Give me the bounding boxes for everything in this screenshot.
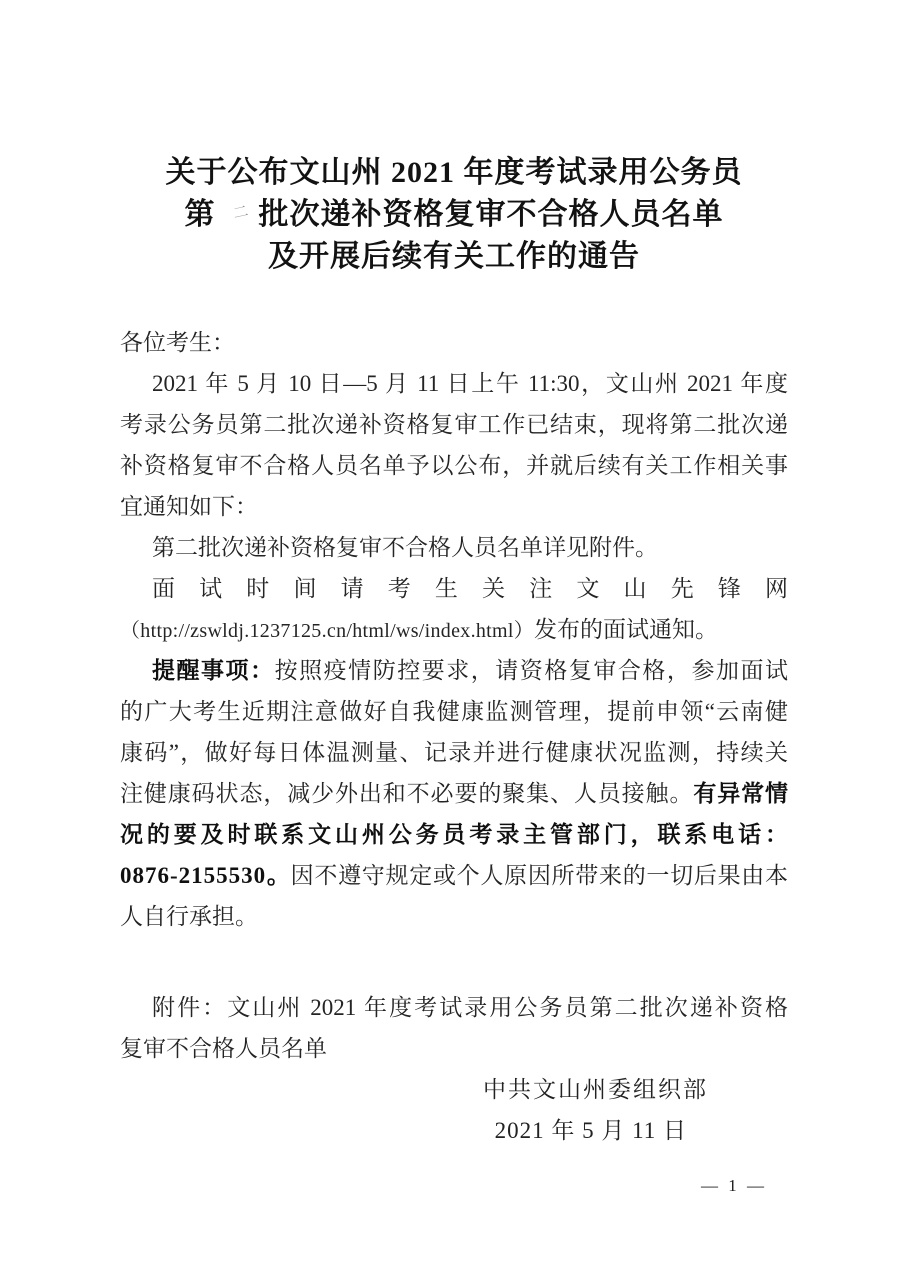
paragraph-1-line-3: 补资格复审不合格人员名单予以公布，并就后续有关工作相关事 <box>120 445 788 486</box>
document-body: 关于公布文山州 2021 年度考试录用公务员 第二批次递补资格复审不合格人员名单… <box>120 0 788 1151</box>
reminder-line-4-normal: 注健康码状态，减少外出和不必要的聚集、人员接触。 <box>120 781 693 806</box>
title-line-2: 第二批次递补资格复审不合格人员名单 <box>120 194 788 236</box>
reminder-line-5-bold: 况的要及时联系文山州公务员考录主管部门，联系电话： <box>120 821 788 847</box>
paragraph-1-line-2: 考录公务员第二批次递补资格复审工作已结束，现将第二批次递 <box>120 404 788 445</box>
document-title: 关于公布文山州 2021 年度考试录用公务员 第二批次递补资格复审不合格人员名单… <box>120 152 788 278</box>
reminder-line-6-rest: 因不遵守规定或个人原因所带来的一切后果由本 <box>291 863 788 888</box>
contact-phone-number: 0876-2155530 <box>120 863 266 888</box>
salutation: 各位考生： <box>120 322 788 363</box>
reminder-line-2: 的广大考生近期注意做好自我健康监测管理，提前申领“云南健 <box>120 691 788 732</box>
signature-date: 2021 年 5 月 11 日 <box>120 1110 788 1151</box>
signature-block: 中共文山州委组织部 2021 年 5 月 11 日 <box>120 1069 788 1151</box>
paragraph-3-tail: 发布的面试通知。 <box>534 617 718 642</box>
reminder-line-6: 0876-2155530。因不遵守规定或个人原因所带来的一切后果由本 <box>120 855 788 896</box>
title-line-2-rest: 批次递补资格复审不合格人员名单 <box>259 198 724 231</box>
paragraph-3-spread-line: 面试时间请考生关注文山先锋网 <box>120 568 788 609</box>
paragraph-3-url-line: （http://zswldj.1237125.cn/html/ws/index.… <box>120 609 788 650</box>
reminder-line-7: 人自行承担。 <box>120 896 788 937</box>
page-number: — 1 — <box>701 1176 767 1196</box>
reminder-line-3: 康码”，做好每日体温测量、记录并进行健康状况监测，持续关 <box>120 732 788 773</box>
reminder-line-1: 提醒事项：按照疫情防控要求，请资格复审合格，参加面试 <box>120 650 788 691</box>
attachment-line-2: 复审不合格人员名单 <box>120 1028 788 1069</box>
title-line-3: 及开展后续有关工作的通告 <box>120 236 788 278</box>
notice-url: （http://zswldj.1237125.cn/html/ws/index.… <box>120 620 534 642</box>
reminder-line-4: 注健康码状态，减少外出和不必要的聚集、人员接触。有异常情 <box>120 773 788 814</box>
reminder-line-6-period: 。 <box>266 862 290 888</box>
reminder-line-5: 况的要及时联系文山州公务员考录主管部门，联系电话： <box>120 814 788 855</box>
paragraph-1-line-4: 宜通知如下： <box>120 486 788 527</box>
reminder-label: 提醒事项： <box>152 657 275 683</box>
title-line-2-prefix: 第 <box>185 198 216 231</box>
reminder-line-4-bold: 有异常情 <box>693 780 788 806</box>
notice-text: 各位考生： 2021 年 5 月 10 日—5 月 11 日上午 11:30，文… <box>120 322 788 1069</box>
title-line-2-faded-char: 二 <box>231 201 251 225</box>
title-line-1: 关于公布文山州 2021 年度考试录用公务员 <box>120 152 788 194</box>
attachment-line-1: 附件：文山州 2021 年度考试录用公务员第二批次递补资格 <box>120 987 788 1028</box>
signature-organization: 中共文山州委组织部 <box>120 1069 788 1110</box>
paragraph-1-line-1: 2021 年 5 月 10 日—5 月 11 日上午 11:30，文山州 202… <box>120 363 788 404</box>
paragraph-2-line-1: 第二批次递补资格复审不合格人员名单详见附件。 <box>120 527 788 568</box>
reminder-line-1-text: 按照疫情防控要求，请资格复审合格，参加面试 <box>275 658 788 683</box>
